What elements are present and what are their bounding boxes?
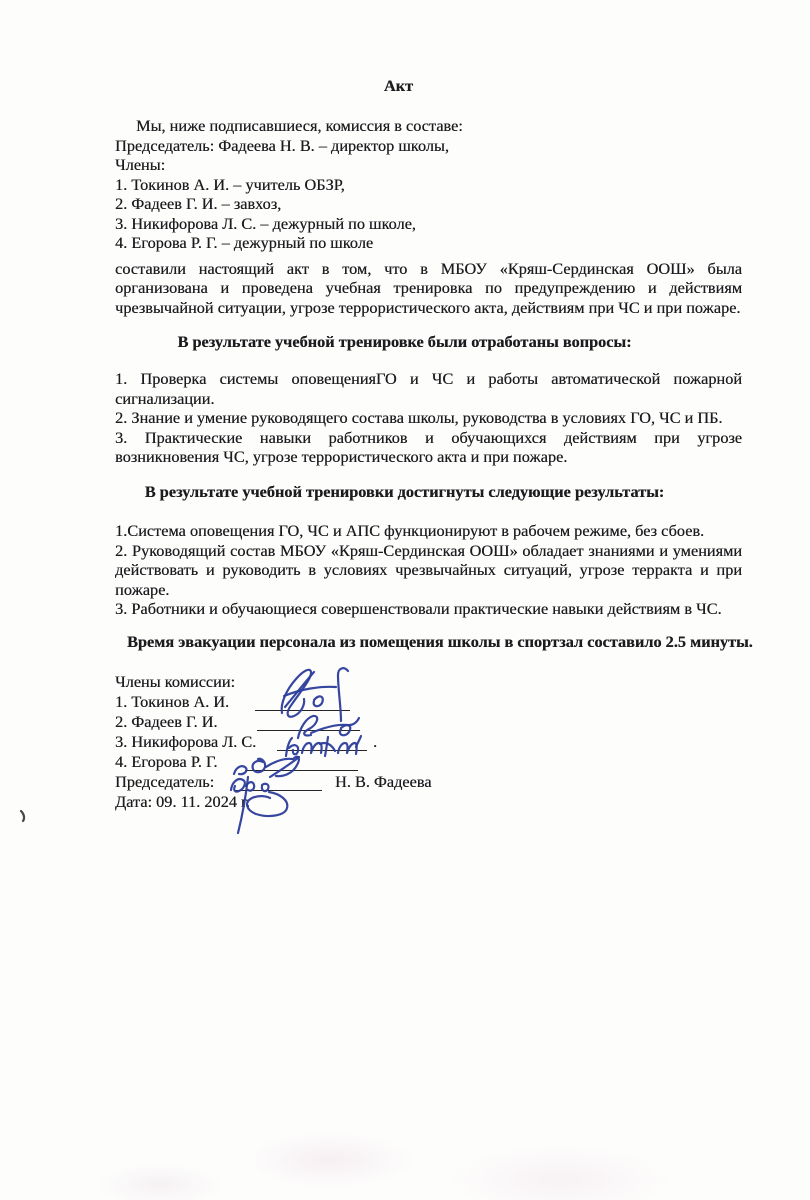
signatures-label-row: Члены комиссии:: [115, 672, 635, 692]
signatures-label: Члены комиссии:: [115, 672, 235, 691]
evacuation-time-statement: Время эвакуации персонала из помещения ш…: [127, 632, 777, 652]
member-1-name: 1. Токинов А. И.: [115, 692, 229, 711]
ink-smudge: [21, 811, 24, 821]
member-4-name: 4. Егорова Р. Г.: [115, 752, 218, 771]
member-line-1: 1. Токинов А. И. – учитель ОБЗР,: [115, 175, 742, 195]
section1-item-3: 3. Практические навыки работников и обуч…: [115, 428, 742, 467]
act-statement-paragraph: составили настоящий акт в том, что в МБО…: [115, 259, 742, 318]
signature-row-chairman: Председатель: Н. В. Фадеева: [115, 772, 635, 792]
section2-item-2: 2. Руководящий состав МБОУ «Кряш-Сердинс…: [115, 541, 742, 600]
signature-row-member-4: 4. Егорова Р. Г.: [115, 752, 635, 772]
signature-line-2: [257, 730, 360, 731]
document-title: Акт: [115, 76, 742, 96]
date-value: Дата: 09. 11. 2024 г.: [115, 792, 250, 811]
chairman-label: Председатель:: [115, 772, 214, 791]
section2-item-1: 1.Система оповещения ГО, ЧС и АПС функци…: [115, 521, 742, 541]
member-line-2: 2. Фадеев Г. И. – завхоз,: [115, 194, 742, 214]
member-3-period: .: [373, 732, 377, 752]
member-line-3: 3. Никифорова Л. С. – дежурный по школе,: [115, 214, 742, 234]
signature-line-chairman: [235, 790, 322, 791]
member-2-name: 2. Фадеев Г. И.: [115, 712, 217, 731]
intro-commission-line: Мы, ниже подписавшиеся, комиссия в соста…: [115, 116, 742, 136]
date-row: Дата: 09. 11. 2024 г.: [115, 792, 635, 812]
signature-line-3: [277, 750, 367, 751]
section1-heading: В результате учебной тренировке были отр…: [115, 332, 742, 352]
signature-row-member-3: 3. Никифорова Л. С. .: [115, 732, 635, 752]
chairman-line: Председатель: Фадеева Н. В. – директор ш…: [115, 136, 742, 156]
signature-row-member-2: 2. Фадеев Г. И.: [115, 712, 635, 732]
member-line-4: 4. Егорова Р. Г. – дежурный по школе: [115, 233, 742, 253]
signature-row-member-1: 1. Токинов А. И.: [115, 692, 635, 712]
section2-item-3: 3. Работники и обучающиеся совершенствов…: [115, 599, 742, 619]
document-body: Акт Мы, ниже подписавшиеся, комиссия в с…: [115, 76, 742, 619]
signature-line-4: [245, 770, 358, 771]
signatures-block: Члены комиссии: 1. Токинов А. И. 2. Фаде…: [115, 672, 635, 812]
section1-item-2: 2. Знание и умение руководящего состава …: [115, 408, 742, 428]
chairman-name: Н. В. Фадеева: [335, 772, 431, 792]
members-label-line: Члены:: [115, 155, 742, 175]
signature-line-1: [255, 710, 350, 711]
section1-item-1: 1. Проверка системы оповещенияГО и ЧС и …: [115, 369, 742, 408]
scanned-act-document: Акт Мы, ниже подписавшиеся, комиссия в с…: [0, 0, 810, 1200]
section2-heading: В результате учебной тренировки достигну…: [115, 482, 742, 502]
member-3-name: 3. Никифорова Л. С.: [115, 732, 256, 751]
